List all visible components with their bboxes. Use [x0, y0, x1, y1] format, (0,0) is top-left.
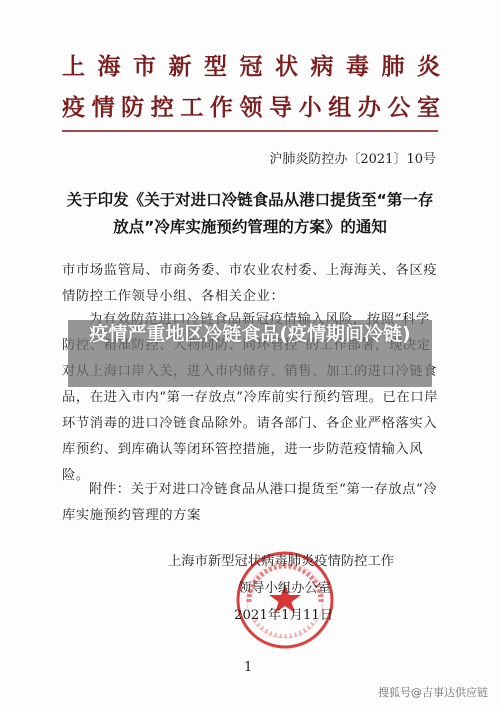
header-char: 型 — [204, 48, 227, 81]
addressees: 市市场监管局、市商务委、市农业农村委、上海海关、各区疫情防控工作领导小组、各相关… — [62, 258, 440, 310]
header-char: 领 — [239, 89, 262, 122]
signature-issuer-line-2: 领导小组办公室 — [170, 575, 410, 602]
header-char: 海 — [98, 48, 121, 81]
signature-issuer-line-1: 上海市新型冠状病毒肺炎疫情防控工作 — [168, 548, 410, 575]
header-char: 市 — [133, 48, 156, 81]
header-char: 工 — [180, 89, 203, 122]
header-char: 组 — [328, 89, 351, 122]
header-char: 防 — [121, 89, 144, 122]
header-char: 导 — [269, 89, 292, 122]
header-char: 上 — [62, 48, 85, 81]
header-char: 冠 — [240, 48, 263, 81]
header-char: 办 — [358, 89, 381, 122]
signature-date: 2021年1月11日 — [170, 602, 410, 629]
header-char: 新 — [169, 48, 192, 81]
header-char: 作 — [210, 89, 233, 122]
document-number: 沪肺炎防控办〔2021〕10号 — [269, 148, 436, 167]
header-char: 状 — [275, 48, 298, 81]
document-page: 上 海 市 新 型 冠 状 病 毒 肺 炎 疫 情 防 控 工 作 领 导 小 … — [0, 0, 500, 707]
source-watermark: 搜狐号@吉事达供应链 — [378, 684, 488, 700]
header-char: 毒 — [346, 48, 369, 81]
header-char: 小 — [299, 89, 322, 122]
issuer-header-line-2: 疫 情 防 控 工 作 领 导 小 组 办 公 室 — [62, 89, 440, 122]
header-char: 炎 — [417, 48, 440, 81]
header-char: 病 — [311, 48, 334, 81]
header-char: 控 — [151, 89, 174, 122]
header-char: 室 — [417, 89, 440, 122]
header-divider-rule — [62, 130, 438, 132]
header-char: 肺 — [382, 48, 405, 81]
issuer-header-line-1: 上 海 市 新 型 冠 状 病 毒 肺 炎 — [62, 48, 440, 81]
header-char: 疫 — [62, 89, 85, 122]
header-char: 情 — [92, 89, 115, 122]
notice-title: 关于印发《关于对进口冷链食品从港口提货至“第一存放点”冷库实施预约管理的方案》的… — [62, 187, 438, 241]
attachment-note: 附件：关于对进口冷链食品从港口提货至“第一存放点”冷库实施预约管理的方案 — [62, 477, 440, 529]
header-char: 公 — [387, 89, 410, 122]
caption-overlay-title: 疫情严重地区冷链食品(疫情期间冷链) — [68, 322, 432, 346]
signature-block: 上海市新型冠状病毒肺炎疫情防控工作 领导小组办公室 2021年1月11日 — [170, 548, 410, 629]
page-number: 1 — [244, 660, 252, 675]
